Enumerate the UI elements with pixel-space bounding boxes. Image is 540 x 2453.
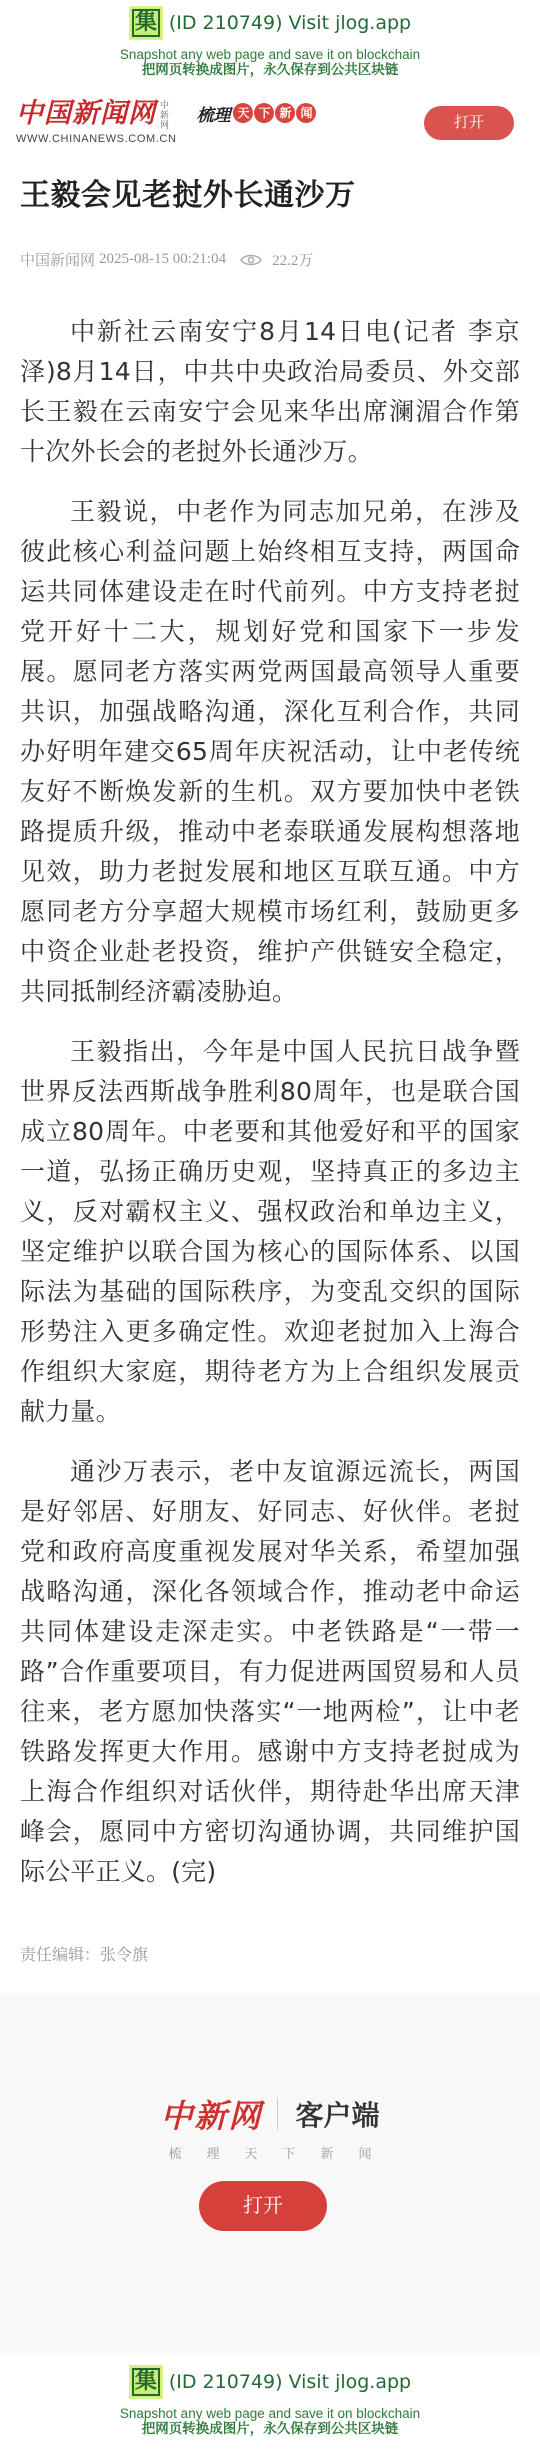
- header-slogan: 梳理 天 下 新 闻: [196, 101, 316, 126]
- article-paragraph: 通沙万表示，老中友谊源远流长，两国是好邻居、好朋友、好同志、好伙伴。老挝党和政府…: [20, 1452, 520, 1892]
- open-app-button-promo[interactable]: 打开: [199, 2181, 327, 2231]
- logo-url: WWW.CHINANEWS.COM.CN: [16, 133, 176, 145]
- jlog-subtitle-en: Snapshot any web page and save it on blo…: [0, 2406, 540, 2421]
- jlog-subtitle-en: Snapshot any web page and save it on blo…: [0, 47, 540, 62]
- slogan-circle: 闻: [296, 103, 316, 123]
- jlog-title-link[interactable]: (ID 210749) Visit jlog.app: [169, 2371, 411, 2393]
- article: 王毅会见老挝外长通沙万 中国新闻网 2025-08-15 00:21:04 22…: [0, 176, 540, 1989]
- article-datetime: 2025-08-15 00:21:04: [99, 251, 226, 268]
- article-meta: 中国新闻网 2025-08-15 00:21:04 22.2万: [20, 249, 520, 270]
- open-app-button-header[interactable]: 打开: [424, 106, 514, 140]
- jlog-subtitle-zh: 把网页转换成图片，永久保存到公共区块链: [0, 2421, 540, 2437]
- site-logo[interactable]: 中国新闻网 中新网 WWW.CHINANEWS.COM.CN: [16, 97, 176, 145]
- article-source: 中国新闻网: [20, 249, 95, 270]
- article-views: 22.2万: [272, 249, 313, 270]
- app-promo: 中新网 客户端 梳 理 天 下 新 闻 打开: [0, 1993, 540, 2353]
- slogan-circle: 下: [254, 103, 274, 123]
- jlog-badge-icon: 集: [129, 6, 163, 40]
- promo-divider: [277, 2098, 278, 2130]
- jlog-title-link[interactable]: (ID 210749) Visit jlog.app: [169, 12, 411, 34]
- promo-app-label: 客户端: [296, 2094, 380, 2134]
- article-paragraph: 中新社云南安宁8月14日电(记者 李京泽)8月14日，中共中央政治局委员、外交部…: [20, 312, 520, 472]
- slogan-circle: 天: [233, 103, 253, 123]
- article-paragraph: 王毅指出，今年是中国人民抗日战争暨世界反法西斯战争胜利80周年，也是联合国成立8…: [20, 1032, 520, 1432]
- jlog-badge-icon: 集: [129, 2365, 163, 2399]
- promo-logo: 中新网 客户端: [0, 2091, 540, 2137]
- article-editor: 责任编辑：张令旗: [20, 1942, 520, 1989]
- jlog-banner-bottom: 集 (ID 210749) Visit jlog.app Snapshot an…: [0, 2353, 540, 2453]
- promo-slogan: 梳 理 天 下 新 闻: [0, 2143, 540, 2162]
- logo-vertical-text: 中新网: [160, 101, 172, 131]
- promo-brand: 中新网: [160, 2091, 262, 2137]
- eye-icon: [240, 253, 262, 267]
- site-header: 中国新闻网 中新网 WWW.CHINANEWS.COM.CN 梳理 天 下 新 …: [0, 86, 540, 156]
- slogan-circle: 新: [275, 103, 295, 123]
- logo-text: 中国新闻网: [16, 97, 156, 131]
- jlog-banner-top: 集 (ID 210749) Visit jlog.app Snapshot an…: [0, 0, 540, 86]
- article-paragraph: 王毅说，中老作为同志加兄弟，在涉及彼此核心利益问题上始终相互支持，两国命运共同体…: [20, 492, 520, 1012]
- article-title: 王毅会见老挝外长通沙万: [20, 176, 520, 216]
- jlog-subtitle-zh: 把网页转换成图片，永久保存到公共区块链: [0, 62, 540, 78]
- article-body: 中新社云南安宁8月14日电(记者 李京泽)8月14日，中共中央政治局委员、外交部…: [20, 312, 520, 1892]
